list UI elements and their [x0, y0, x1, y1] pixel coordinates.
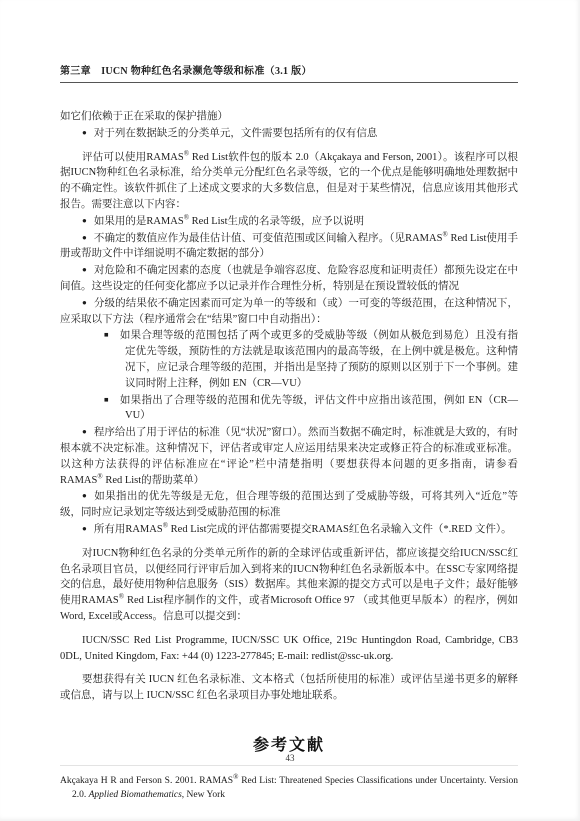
bullet-icon: ●	[82, 265, 87, 274]
page-number: 43	[0, 753, 580, 763]
list-item: ●所有用RAMAS® Red List完成的评估都需要提交RAMAS红色名录输入…	[60, 521, 518, 538]
list-item: ●程序给出了用于评估的标准（见“状况”窗口）。然而当数据不确定时，标准就是大致的…	[60, 424, 518, 488]
reference-entry: Akçakaya H R and Ferson S. 2001. RAMAS® …	[60, 774, 518, 803]
bullet-icon: ●	[82, 128, 87, 137]
document-page: 第三章 IUCN 物种红色名录濒危等级和标准（3.1 版） 如它们依赖于正在采取…	[0, 0, 580, 803]
list-item: ●不确定的数值应作为最佳估计值、可变值范围或区间输入程序。（见RAMAS® Re…	[60, 230, 518, 263]
square-bullet-icon: ■	[104, 395, 109, 404]
paragraph: 对IUCN物种红色名录的分类单元所作的新的全球评估或重新评估，都应该提交给IUC…	[60, 546, 518, 625]
contact-address: IUCN/SSC Red List Programme, IUCN/SSC UK…	[60, 633, 518, 665]
bullet-icon: ●	[82, 233, 87, 242]
list-item: ●分级的结果依不确定因素而可定为单一的等级和（或）一可变的等级范围，在这种情况下…	[60, 295, 518, 328]
header-rule	[60, 82, 518, 83]
references-heading: 参考文献	[60, 732, 518, 755]
document-body: 如它们依赖于正在采取的保护措施） ●对于列在数据缺乏的分类单元，文件需要包括所有…	[60, 109, 518, 704]
bullet-icon: ●	[82, 216, 87, 225]
square-bullet-icon: ■	[104, 330, 109, 339]
list-item: ●对危险和不确定因素的态度（也就是争端容忍度、危险容忍度和证明责任）都预先设定在…	[60, 262, 518, 295]
chapter-header: 第三章 IUCN 物种红色名录濒危等级和标准（3.1 版）	[60, 62, 518, 77]
references-rule	[60, 765, 518, 766]
sub-list-item: ■如果合理等级的范围包括了两个或更多的受威胁等级（例如从极危到易危）且没有指定优…	[104, 327, 518, 391]
bullet-icon: ●	[82, 524, 87, 533]
reference-source: Applied Biomathematics	[89, 790, 182, 800]
list-item: ●如果用的是RAMAS® Red List生成的名录等级，应予以说明	[60, 213, 518, 230]
paragraph: 评估可以使用RAMAS® Red List软件包的版本 2.0（Akçakaya…	[60, 150, 518, 213]
paragraph: 要想获得有关 IUCN 红色名录标准、文本格式（包括所使用的标准）或评估呈递书更…	[60, 672, 518, 704]
paragraph: 如它们依赖于正在采取的保护措施）	[60, 109, 518, 125]
list-item: ●如果指出的优先等级是无危，但合理等级的范围达到了受威胁等级，可将其列入“近危”…	[60, 488, 518, 521]
list-item: ●对于列在数据缺乏的分类单元，文件需要包括所有的仅有信息	[60, 125, 518, 142]
bullet-icon: ●	[82, 427, 87, 436]
bullet-icon: ●	[82, 491, 87, 500]
sub-list-item: ■如果指出了合理等级的范围和优先等级，评估文件中应指出该范围，例如 EN（CR—…	[104, 392, 518, 425]
bullet-icon: ●	[82, 298, 87, 307]
